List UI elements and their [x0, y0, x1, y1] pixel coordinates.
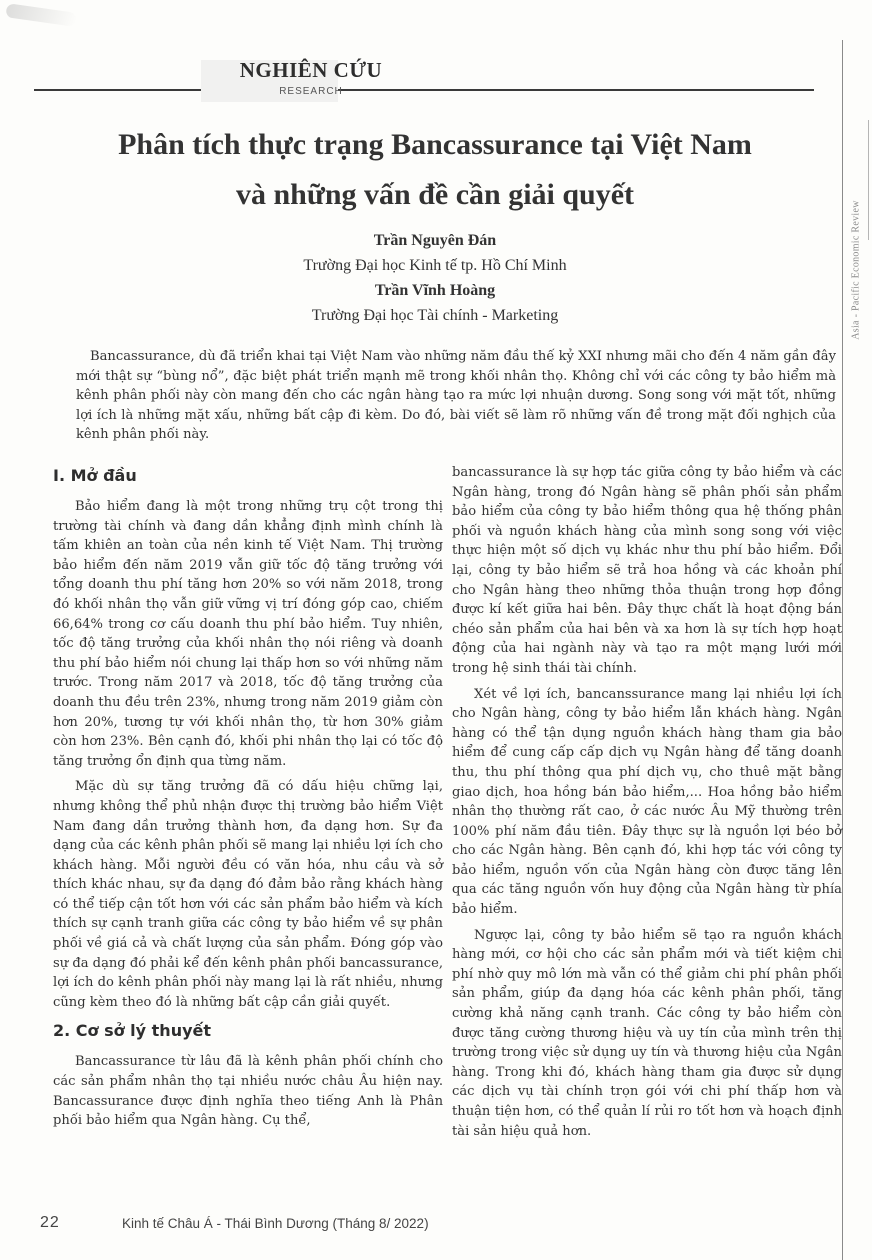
article-title-line-1: Phân tích thực trạng Bancassurance tại V…	[40, 120, 830, 170]
header-rule-left	[34, 89, 201, 91]
journal-name-vertical: Asia - Pacific Economic Review	[851, 200, 862, 340]
page-number: 22	[40, 1214, 60, 1232]
margin-rule	[842, 40, 843, 1260]
body-column-right: bancassurance là sự hợp tác giữa công ty…	[452, 463, 842, 1147]
author-name: Trần Vĩnh Hoàng	[40, 278, 830, 303]
author-affiliation: Trường Đại học Tài chính - Marketing	[40, 303, 830, 328]
body-paragraph: Ngược lại, công ty bảo hiểm sẽ tạo ra ng…	[452, 926, 842, 1142]
author-name: Trần Nguyên Đán	[40, 228, 830, 253]
body-paragraph: Xét về lợi ích, bancanssurance mang lại …	[452, 685, 842, 920]
section-sublabel: RESEARCH	[201, 86, 421, 97]
scan-artifact	[5, 3, 76, 27]
author-affiliation: Trường Đại học Kinh tế tp. Hồ Chí Minh	[40, 253, 830, 278]
author-block: Trần Nguyên Đán Trường Đại học Kinh tế t…	[40, 228, 830, 328]
body-paragraph: Bảo hiểm đang là một trong những trụ cột…	[53, 497, 443, 771]
running-footer: Kinh tế Châu Á - Thái Bình Dương (Tháng …	[122, 1216, 429, 1231]
section-heading: I. Mở đầu	[53, 465, 443, 487]
article-title-line-2: và những vấn đề cần giải quyết	[40, 170, 830, 220]
body-paragraph: Mặc dù sự tăng trưởng đã có dấu hiệu chữ…	[53, 777, 443, 1012]
abstract: Bancassurance, dù đã triển khai tại Việt…	[76, 347, 836, 445]
body-column-left: I. Mở đầu Bảo hiểm đang là một trong nhữ…	[53, 463, 443, 1137]
journal-page: NGHIÊN CỨU RESEARCH Asia - Pacific Econo…	[0, 0, 872, 1260]
body-paragraph: Bancassurance từ lâu đã là kênh phân phố…	[53, 1052, 443, 1130]
margin-rule-inner	[868, 120, 869, 240]
section-label: NGHIÊN CỨU	[201, 58, 421, 83]
article-title: Phân tích thực trạng Bancassurance tại V…	[40, 120, 830, 220]
section-heading: 2. Cơ sở lý thuyết	[53, 1020, 443, 1042]
body-paragraph-continued: bancassurance là sự hợp tác giữa công ty…	[452, 463, 842, 679]
